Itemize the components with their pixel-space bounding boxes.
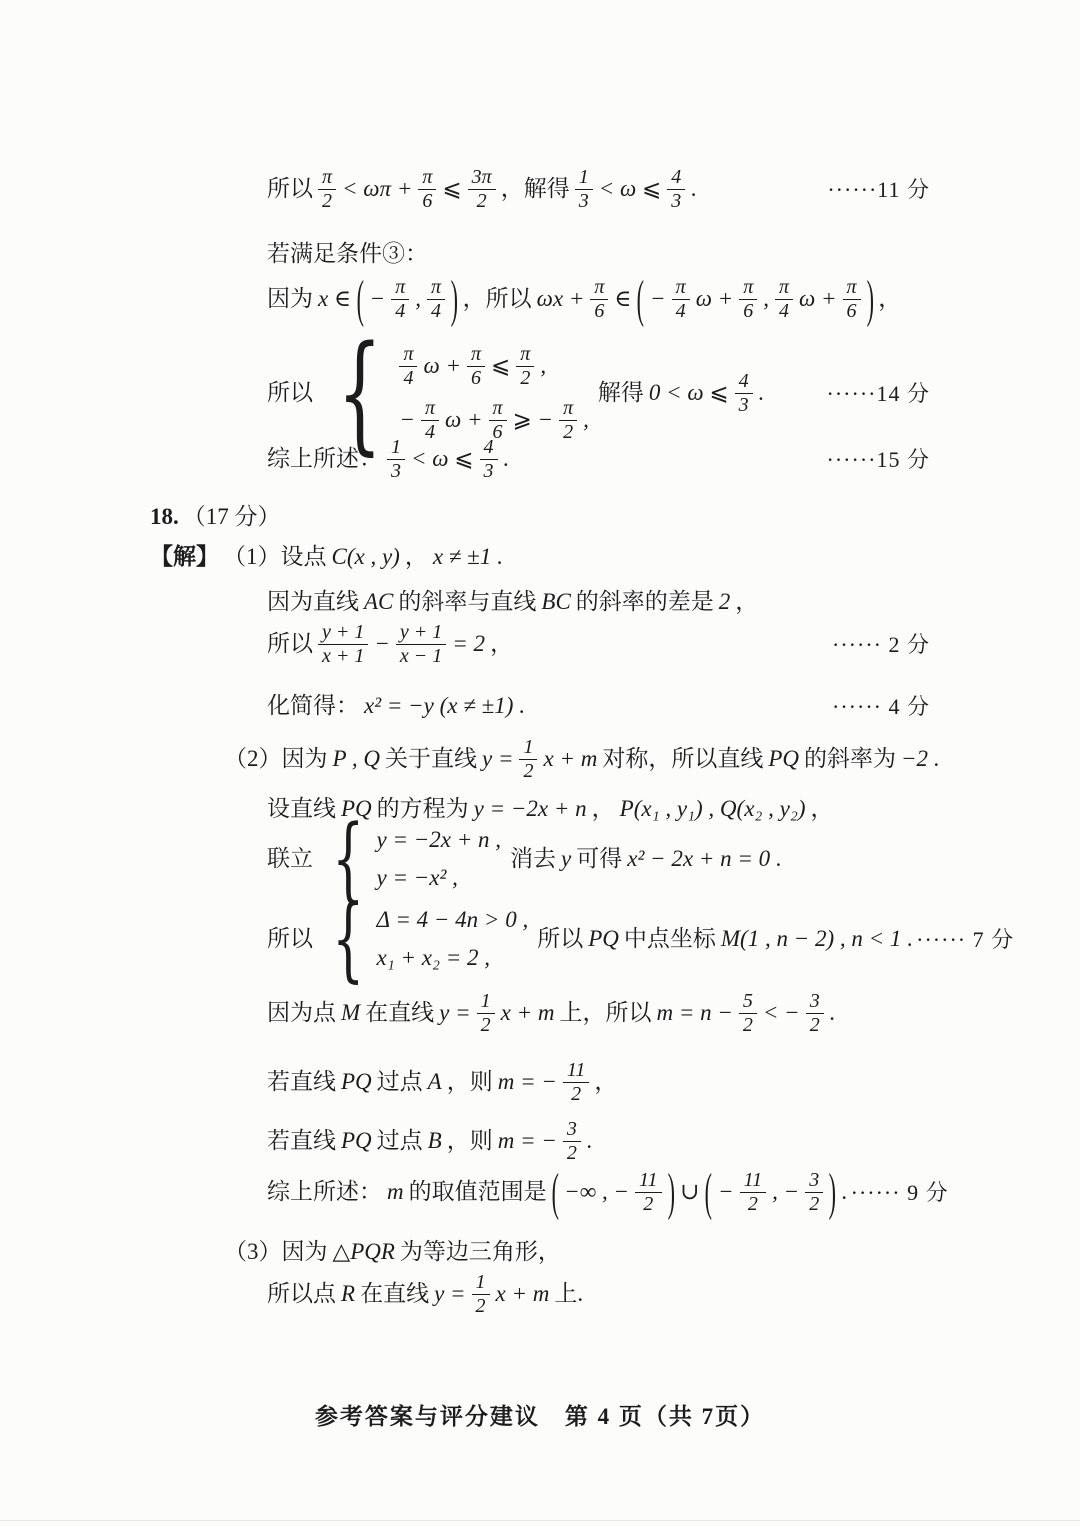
math-run: ∈ [614,285,631,314]
math-run: BC [541,588,570,617]
score-marker: ······ 2 分 [832,631,930,659]
math-run: < − [763,999,800,1028]
fraction-numerator: π [489,398,507,421]
fraction: 13 [387,437,405,482]
math-run: PQ [588,925,619,954]
cases-row: y = −x² , [374,864,504,893]
math-run: AC [364,588,393,617]
math-run: −2 [901,745,928,774]
slope-equation-line: 所以y + 1x + 1−y + 1x − 1= 2，······ 2 分 [265,622,930,667]
fraction-denominator: 4 [431,300,441,322]
fraction-numerator: π [590,277,608,300]
fraction-denominator: 4 [403,367,413,389]
text-run: （3）因为 [224,1238,328,1267]
math-run: < ωπ + [342,175,412,204]
fraction: 13 [575,167,593,212]
math-run: PQ [341,1127,372,1156]
fraction-denominator: 6 [743,300,753,322]
fraction-numerator: π [427,277,445,300]
cases-rows: π4ω +π6⩽π2,−π4ω +π6⩾ −π2, [396,344,591,443]
cases-brace: { [332,898,364,981]
math-run: ∪ [680,1178,699,1207]
math-run: . [830,999,836,1028]
fraction: π6 [739,277,757,322]
fraction: π4 [427,277,445,322]
fraction-numerator: π [318,167,336,190]
text-run: 联立 [267,845,313,874]
fraction: 43 [480,437,498,482]
fraction-numerator: 4 [735,371,753,394]
slope-difference-line: 因为直线AC的斜率与直线BC的斜率的差是2， [265,588,930,617]
fraction: 43 [667,167,685,212]
page-footer: 参考答案与评分建议 第 4 页（共 7页） [0,1398,1080,1431]
fraction-numerator: 1 [575,167,593,190]
score-marker: ······11 分 [827,176,930,204]
text-run: 的斜率的差是 [576,588,714,617]
math-run: x ∈ [318,285,351,314]
math-run: . [759,379,765,408]
fraction-denominator: 4 [676,300,686,322]
math-run: − [399,406,415,435]
text-run: ， [405,543,428,572]
fraction-numerator: 3π [468,167,496,190]
text-run: 关于直线 [385,745,477,774]
fraction-numerator: 1 [519,737,537,760]
fraction-denominator: 2 [643,1193,653,1215]
big-paren: ) [451,274,458,326]
text-run: 综上所述： [267,1178,382,1207]
text-run: 为等边三角形， [400,1238,561,1267]
fraction-numerator: y + 1 [396,622,446,645]
big-paren: ( [705,1167,712,1219]
fraction-numerator: π [843,277,861,300]
fraction-denominator: 2 [748,1193,758,1215]
part2-symmetry-line: （2）因为P , Q关于直线y =12x + m对称，所以直线PQ的斜率为−2. [222,737,930,782]
fraction-numerator: π [516,344,534,367]
fraction-numerator: 11 [635,1170,662,1193]
fraction-numerator: 11 [563,1060,590,1083]
math-run: M(1 , n − 2) , n < 1 [721,925,902,954]
fraction-denominator: 6 [422,190,432,212]
math-run: y = [482,745,513,774]
text-run: ，则 [447,1127,493,1156]
pq-through-b-line: 若直线PQ过点B，则m = −32. [265,1119,930,1164]
fraction: 32 [806,991,824,1036]
text-run: 上，所以 [560,999,652,1028]
math-run: ω + [423,352,461,381]
text-run: 所以 [267,630,313,659]
math-run: ⩽ [442,175,461,204]
text-run: （1）设点 [223,543,327,572]
fraction: 12 [472,1272,490,1317]
fraction-denominator: 4 [395,300,405,322]
math-run: . [691,175,697,204]
fraction-denominator: 2 [520,367,530,389]
text-run: 因为 [267,285,313,314]
text-run: 的斜率与直线 [398,588,536,617]
x-interval-line: 因为x ∈(−π4,π4)，所以ωx +π6∈(−π4ω +π6,π4ω +π6… [265,277,930,322]
fraction-numerator: 4 [667,167,685,190]
math-run: y = −x² , [377,864,458,893]
math-run: R [341,1280,355,1309]
fraction-denominator: 2 [476,1295,486,1317]
scan-edge-line [0,1520,1080,1521]
fraction-denominator: 6 [847,300,857,322]
text-run: 在直线 [360,1280,429,1309]
fraction: 112 [635,1170,662,1215]
text-run: （17 分） [183,503,281,532]
text-run: 所以 [267,925,313,954]
math-run: x² = −y (x ≠ ±1) [364,692,513,721]
math-run: , − [772,1178,799,1207]
math-run: ωx + [537,285,585,314]
cases-rows: Δ = 4 − 4n > 0 ,x₁ + x₂ = 2 , [374,906,532,973]
fraction-denominator: 2 [477,190,487,212]
fraction-denominator: 3 [671,190,681,212]
math-run: PQ [768,745,799,774]
fraction-denominator: 3 [391,460,401,482]
math-run: M [341,999,360,1028]
fraction-numerator: π [672,277,690,300]
fraction-numerator: π [391,277,409,300]
fraction: π6 [467,344,485,389]
math-run: y [561,845,571,874]
math-run: x² − 2x + n = 0 [627,845,770,874]
math-run: , [415,285,421,314]
text-run: ，则 [447,1068,493,1097]
fraction-numerator: π [399,344,417,367]
fraction: 12 [477,991,495,1036]
math-run: x + m [496,1280,550,1309]
text-run: 过点 [377,1068,423,1097]
omega-system-line: 所以{π4ω +π6⩽π2,−π4ω +π6⩾ −π2,解得0 < ω ⩽43.… [265,336,930,451]
math-run: < ω ⩽ [599,175,662,204]
omega-inequality-line: 所以π2< ωπ +π6⩽3π2，解得13< ω ⩽43.······11 分 [265,167,930,212]
text-run: 18. [150,503,179,532]
math-run: . [907,925,913,954]
math-run: m = − [498,1127,557,1156]
big-paren: ( [551,1167,558,1219]
fraction: π4 [399,344,417,389]
fraction-denominator: 6 [594,300,604,322]
fraction-denominator: 3 [739,394,749,416]
text-run: 若直线 [267,1068,336,1097]
text-run: ，所以 [463,285,532,314]
text-run: 所以 [267,175,313,204]
text-run: 【解】 [150,543,219,572]
fraction: π4 [391,277,409,322]
math-run: A [428,1068,442,1097]
text-run: 若直线 [267,1127,336,1156]
math-run: m [387,1178,404,1207]
cases-row: x₁ + x₂ = 2 , [374,944,532,973]
fraction-denominator: 2 [743,1014,753,1036]
math-run: y = [434,1280,465,1309]
cases-rows: y = −2x + n ,y = −x² , [374,826,504,893]
fraction-denominator: 3 [579,190,589,212]
math-run: m = − [498,1068,557,1097]
math-run: ⩾ − [513,406,554,435]
fraction-numerator: 11 [740,1170,767,1193]
math-run: < ω ⩽ [411,445,474,474]
math-run: . [934,745,940,774]
m-range-conclusion-line: 综上所述：m的取值范围是(−∞ , −112)∪(−112, −32).····… [265,1170,930,1215]
score-marker: ······15 分 [827,446,930,474]
math-run: 0 < ω ⩽ [649,379,729,408]
fraction: π2 [318,167,336,212]
text-run: 所以点 [267,1280,336,1309]
math-run: x + m [543,745,597,774]
math-run: . [497,543,503,572]
fraction-denominator: 2 [810,1014,820,1036]
math-run: = 2 [452,630,485,659]
cases-row: π4ω +π6⩽π2, [396,344,591,389]
problem-18-heading: 18.（17 分） [148,503,930,532]
math-run: − [370,285,386,314]
text-run: 因为直线 [267,588,359,617]
score-marker: ······14 分 [827,380,930,408]
math-run: x ≠ ±1 [433,543,491,572]
cases-row: y = −2x + n , [374,826,504,855]
cases-group: {π4ω +π6⩽π2,−π4ω +π6⩾ −π2, [319,336,592,451]
fraction: π6 [843,277,861,322]
fraction-numerator: 1 [472,1272,490,1295]
math-run: x + m [501,999,555,1028]
fraction-numerator: 1 [477,991,495,1014]
fraction: y + 1x + 1 [318,622,368,667]
text-run: 过点 [377,1127,423,1156]
math-run: − [650,285,666,314]
text-run: ， [490,630,513,659]
text-run: ， [594,1068,617,1097]
fraction-denominator: x + 1 [322,645,364,667]
text-run: 可得 [576,845,622,874]
simultaneous-system-line: 联立{y = −2x + n ,y = −x² ,消去y可得x² − 2x + … [265,818,930,901]
math-run: , [583,406,589,435]
math-run: −∞ , − [564,1178,629,1207]
math-run: C(x , y) [332,543,400,572]
math-run: y = −2x + n , [377,826,501,855]
solution-part1-line: 【解】（1）设点C(x , y)，x ≠ ±1. [148,543,930,572]
fraction-numerator: y + 1 [318,622,368,645]
omega-conclusion-line: 综上所述：13< ω ⩽43.······15 分 [265,437,930,482]
fraction: 52 [739,991,757,1036]
cases-brace: { [337,336,382,451]
fraction-denominator: 2 [571,1083,581,1105]
text-run: 的取值范围是 [409,1178,547,1207]
text-run: 在直线 [365,999,434,1028]
point-m-on-line: 因为点M在直线y =12x + m上，所以m = n −52< −32. [265,991,930,1036]
big-paren: ( [637,274,644,326]
fraction: 112 [740,1170,767,1215]
math-run: x₁ + x₂ = 2 , [377,944,490,973]
fraction-denominator: 3 [484,460,494,482]
text-run: 所以 [267,379,313,408]
text-run: （2）因为 [224,745,328,774]
text-run: 若满足条件③： [267,240,428,269]
text-run: 因为点 [267,999,336,1028]
text-run: 综上所述： [267,445,382,474]
math-run: 2 [719,588,731,617]
text-run: ， [878,285,901,314]
fraction-numerator: 3 [563,1119,581,1142]
math-run: Δ = 4 − 4n > 0 , [377,906,529,935]
fraction-denominator: 2 [523,760,533,782]
math-run: B [428,1127,442,1156]
fraction: π6 [418,167,436,212]
math-run: y = [439,999,470,1028]
fraction: 112 [563,1060,590,1105]
fraction-numerator: π [467,344,485,367]
big-paren: ) [829,1167,836,1219]
fraction-denominator: x − 1 [400,645,442,667]
fraction-numerator: π [418,167,436,190]
fraction: π6 [590,277,608,322]
fraction-denominator: 2 [809,1193,819,1215]
text-run: 中点坐标 [624,925,716,954]
math-run: − [374,630,390,659]
fraction-denominator: 4 [779,300,789,322]
fraction: 3π2 [468,167,496,212]
math-run: ω + [696,285,734,314]
fraction: 43 [735,371,753,416]
condition-3-line: 若满足条件③： [265,240,930,269]
math-run: PQ [341,1068,372,1097]
math-run: ω + [445,406,483,435]
pq-through-a-line: 若直线PQ过点A，则m = −112， [265,1060,930,1105]
text-run: 所以 [537,925,583,954]
fraction: 32 [563,1119,581,1164]
text-run: 的斜率为 [804,745,896,774]
fraction-numerator: π [421,398,439,421]
math-run: ω + [799,285,837,314]
cases-row: Δ = 4 − 4n > 0 , [374,906,532,935]
text-run: ，解得 [501,175,570,204]
fraction: 32 [805,1170,823,1215]
fraction-numerator: π [559,398,577,421]
simplified-curve-line: 化简得：x² = −y (x ≠ ±1).······ 4 分 [265,692,930,721]
text-run: 消去 [510,845,556,874]
score-marker: ······ 4 分 [832,693,930,721]
fraction-numerator: 4 [480,437,498,460]
math-run: △PQR [333,1238,395,1267]
text-run: 上. [554,1280,583,1309]
big-paren: ) [667,1167,674,1219]
math-run: . [776,845,782,874]
fraction-denominator: 2 [567,1142,577,1164]
fraction-denominator: 2 [481,1014,491,1036]
math-run: ⩽ [491,352,510,381]
fraction-numerator: 3 [805,1170,823,1193]
fraction: 12 [519,737,537,782]
text-run: 对称，所以直线 [602,745,763,774]
answer-sheet-page: 所以π2< ωπ +π6⩽3π2，解得13< ω ⩽43.······11 分若… [0,0,1080,1527]
math-run: P , Q [333,745,381,774]
big-paren: ( [357,274,364,326]
fraction: π2 [516,344,534,389]
math-run: . [504,445,510,474]
score-marker: ······ 7 分 [916,926,1014,954]
math-run: . [842,1178,848,1207]
math-run: , [763,285,769,314]
fraction-denominator: 6 [471,367,481,389]
part3-equilateral-line: （3）因为△PQR为等边三角形， [222,1238,930,1267]
fraction: π4 [775,277,793,322]
text-run: 化简得： [267,692,359,721]
fraction-denominator: 2 [322,190,332,212]
fraction-numerator: π [739,277,757,300]
math-run: . [519,692,525,721]
fraction-numerator: 1 [387,437,405,460]
big-paren: ) [866,274,873,326]
text-run: ， [735,588,758,617]
fraction: y + 1x − 1 [396,622,446,667]
fraction: π4 [672,277,690,322]
math-run: , [540,352,546,381]
score-marker: ······ 9 分 [851,1179,949,1207]
text-run: 解得 [598,379,644,408]
fraction-numerator: 3 [806,991,824,1014]
math-run: m = n − [657,999,733,1028]
fraction-numerator: 5 [739,991,757,1014]
fraction-numerator: π [775,277,793,300]
math-run: . [587,1127,593,1156]
cases-group: {Δ = 4 − 4n > 0 ,x₁ + x₂ = 2 , [319,898,531,981]
discriminant-midpoint-line: 所以{Δ = 4 − 4n > 0 ,x₁ + x₂ = 2 ,所以PQ中点坐标… [265,898,930,981]
point-r-on-line: 所以点R在直线y =12x + m上. [265,1272,930,1317]
math-run: − [718,1178,734,1207]
